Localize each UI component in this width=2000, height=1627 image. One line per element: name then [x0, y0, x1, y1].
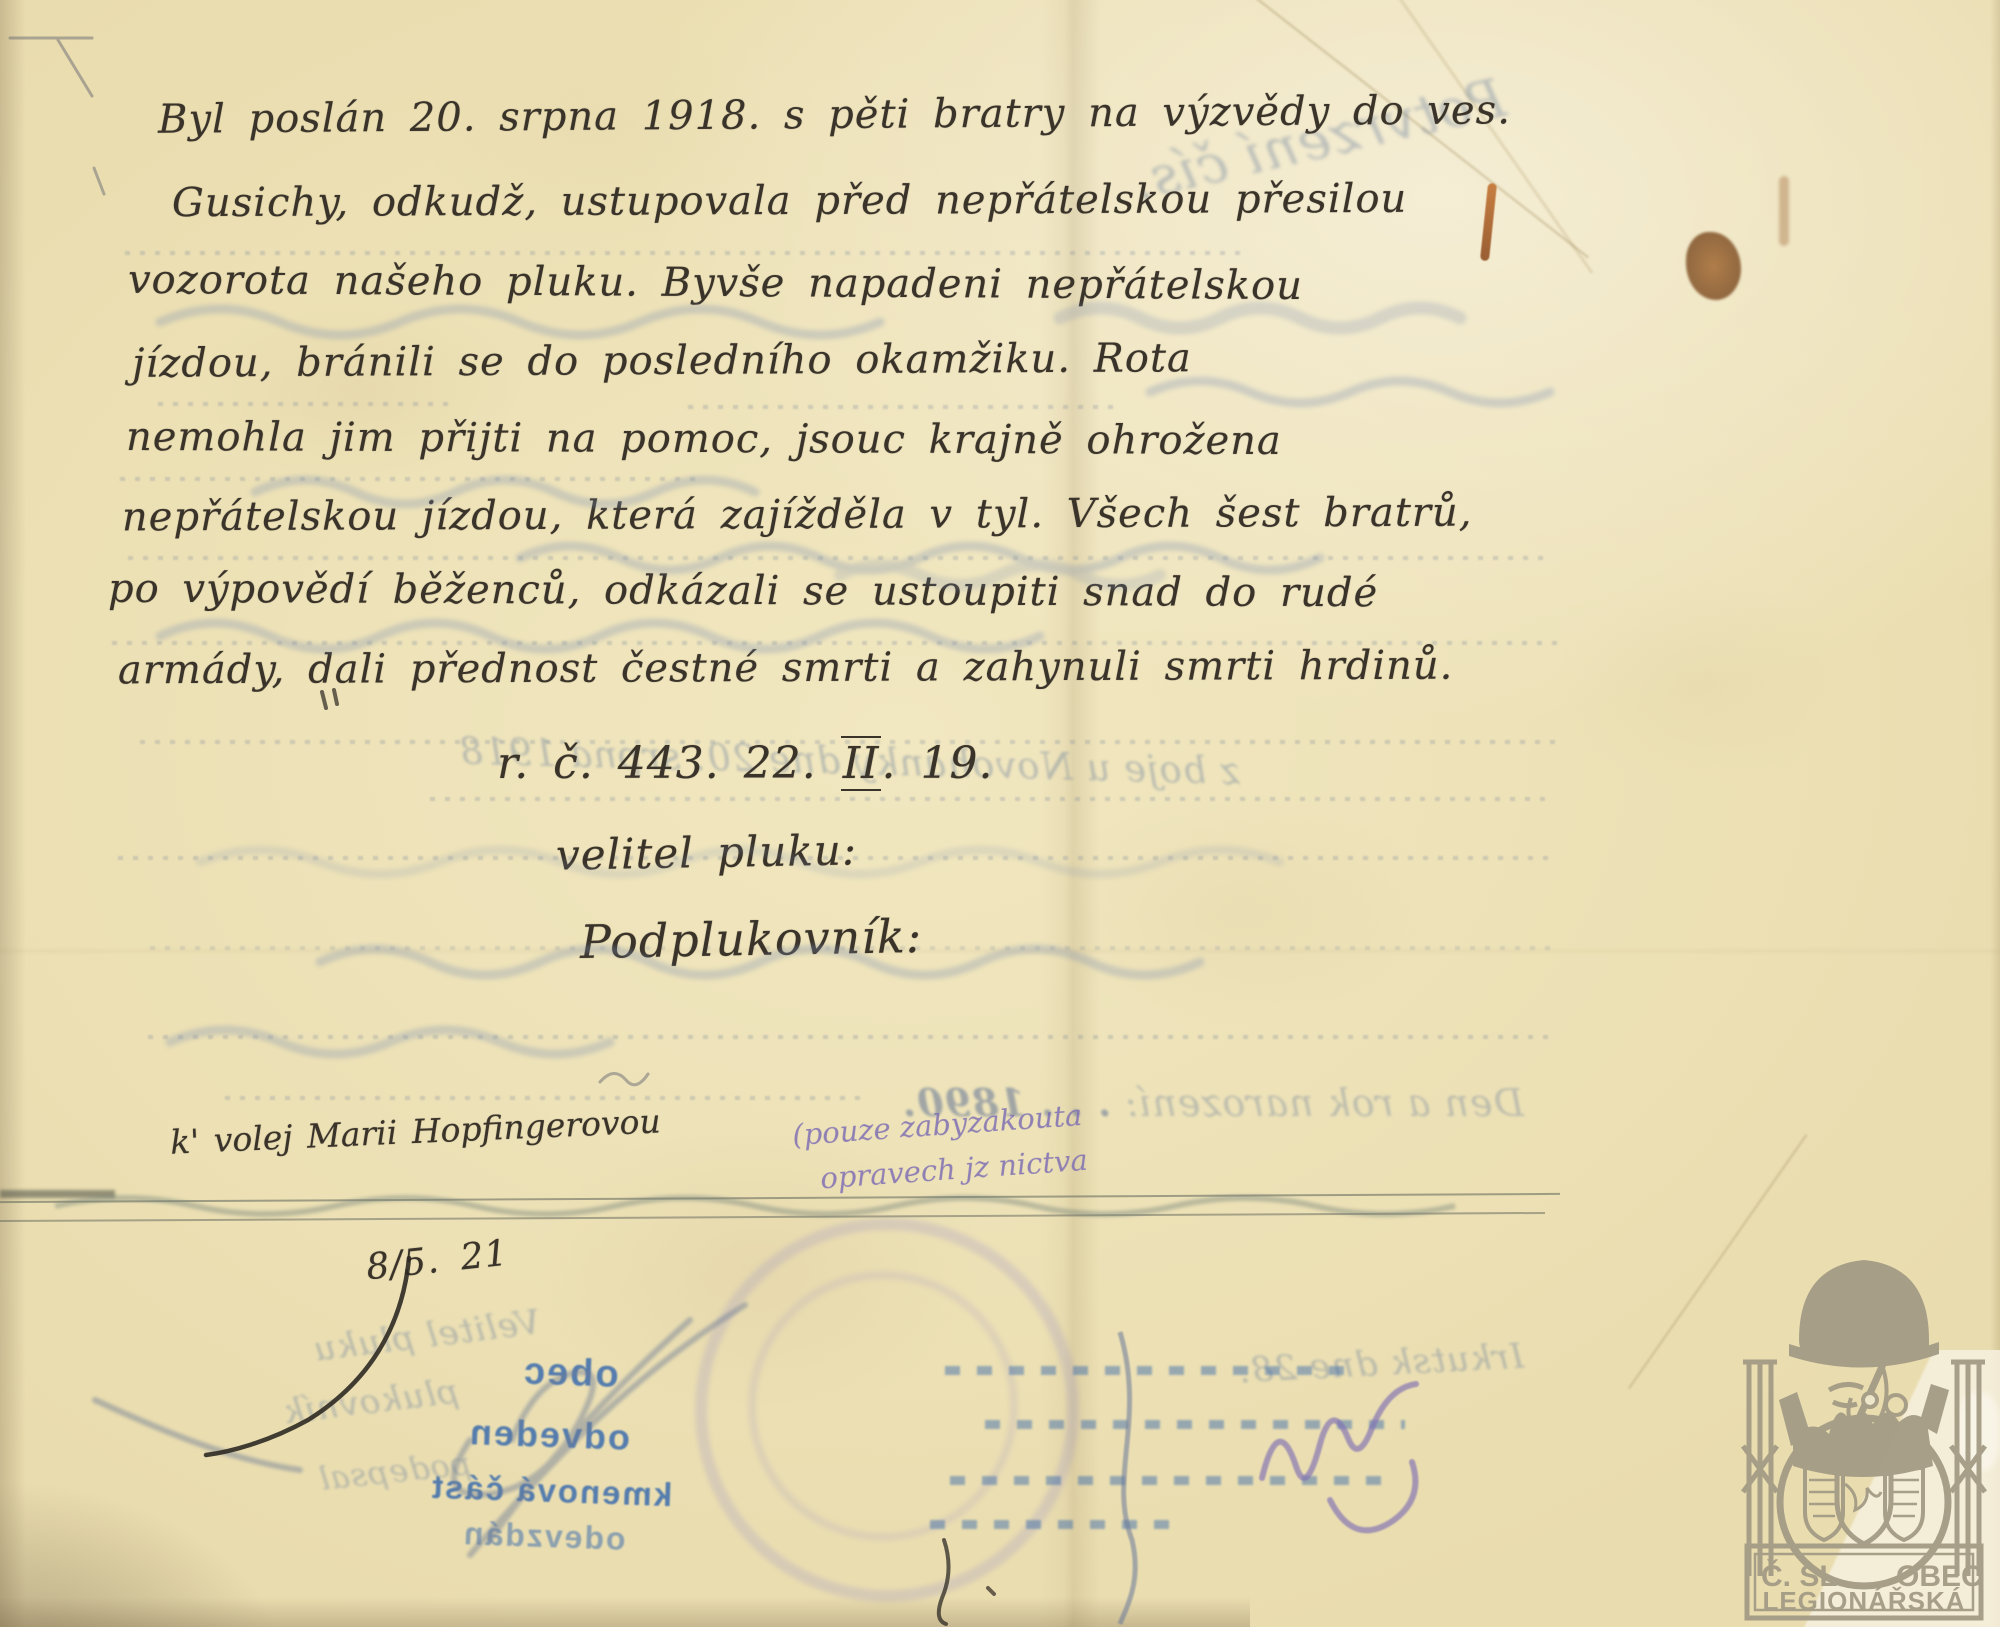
commander-line: velitel pluku: — [556, 825, 858, 879]
ruled-line-1 — [0, 1193, 1560, 1203]
bleed-birth-label: Den a rok narození: — [1124, 1081, 1524, 1125]
bottom-edge-shadow — [0, 1597, 1250, 1627]
round-seal-inner — [748, 1271, 1018, 1541]
rust-stain-thin — [1480, 183, 1497, 262]
blue-dash-row — [945, 1366, 1355, 1375]
blue-dash-row — [930, 1520, 1185, 1529]
date-note: 8/5. 21 — [364, 1233, 510, 1289]
bleed-signature-line-2: plukovník — [280, 1371, 461, 1432]
blue-dash-row — [985, 1420, 1405, 1429]
pencil-name-note: k' volej Marii Hopfingerovou — [169, 1101, 661, 1161]
reference-prefix: r. č. 443. 22. — [497, 738, 817, 789]
dotted-line — [120, 477, 705, 481]
handwritten-line-3: vozorota našeho pluku. Byvše napadeni ne… — [128, 257, 1303, 309]
handwritten-line-4: jízdou, bránili se do posledního okamžik… — [132, 335, 1192, 387]
rust-stain-faint — [1779, 176, 1789, 246]
dotted-line — [148, 1035, 1558, 1039]
reference-suffix: . 19. — [881, 738, 993, 789]
bleed-place-line: Irkutsk dne 28. — [1237, 1337, 1525, 1392]
bleed-stamp-word-2: odveden — [467, 1411, 630, 1459]
reference-number-line: r. č. 443. 22. II. 19. — [497, 738, 993, 789]
emblem-text-bottom: LEGIONÁŘSKÁ — [1762, 1586, 1965, 1616]
ruled-line-2 — [0, 1212, 1545, 1222]
bleed-stamp-word-3: kmenová část — [429, 1468, 672, 1514]
dotted-line — [125, 251, 1240, 255]
scanned-document-page: Potvrzení čís. z boje u Novohanky dne 20… — [0, 0, 2000, 1627]
bleed-stamp-word-4: odevzdán — [461, 1515, 626, 1558]
bleed-stamp-word-1: obec — [521, 1350, 619, 1396]
handwritten-line-6: nepřátelskou jízdou, která zajížděla v t… — [122, 490, 1473, 541]
handwritten-line-5: nemohla jim přijti na pomoc, jsouc krajn… — [126, 414, 1282, 464]
bleed-signature-line-1: Velitel pluku — [310, 1302, 542, 1370]
ruled-line-ink-blob — [0, 1190, 115, 1198]
dotted-line — [430, 797, 1555, 801]
fold-crease-horizontal — [0, 950, 2000, 952]
bleed-ghost-between-rules — [55, 1198, 1455, 1214]
emblem-right-shield — [1885, 1468, 1923, 1540]
violet-signature-scribbles — [1262, 1384, 1416, 1530]
handwritten-line-7: po výpovědí běženců, odkázali se ustoupi… — [108, 566, 1378, 616]
handwritten-line-1: Byl poslán 20. srpna 1918. s pěti bratry… — [158, 87, 1511, 142]
dotted-line — [225, 1096, 870, 1100]
rank-line: Podplukovník: — [580, 909, 923, 969]
dotted-line — [158, 402, 453, 406]
handwritten-line-8: armády, dali přednost čestné smrti a zah… — [118, 643, 1453, 694]
reference-roman-numeral: II — [841, 736, 882, 791]
legion-emblem: Č. SL. OBEC LEGIONÁŘSKÁ — [1733, 1240, 1995, 1625]
left-edge-shadow — [0, 0, 26, 1627]
blue-dash-row — [950, 1476, 1390, 1485]
handwritten-line-2: Gusichy, odkudž, ustupovala před nepřáte… — [172, 176, 1407, 226]
dotted-line — [688, 405, 1113, 409]
violet-note-line-2: opravech jz nictva — [819, 1143, 1089, 1196]
rust-stain-blob — [1686, 232, 1741, 300]
dotted-line — [128, 556, 1553, 560]
